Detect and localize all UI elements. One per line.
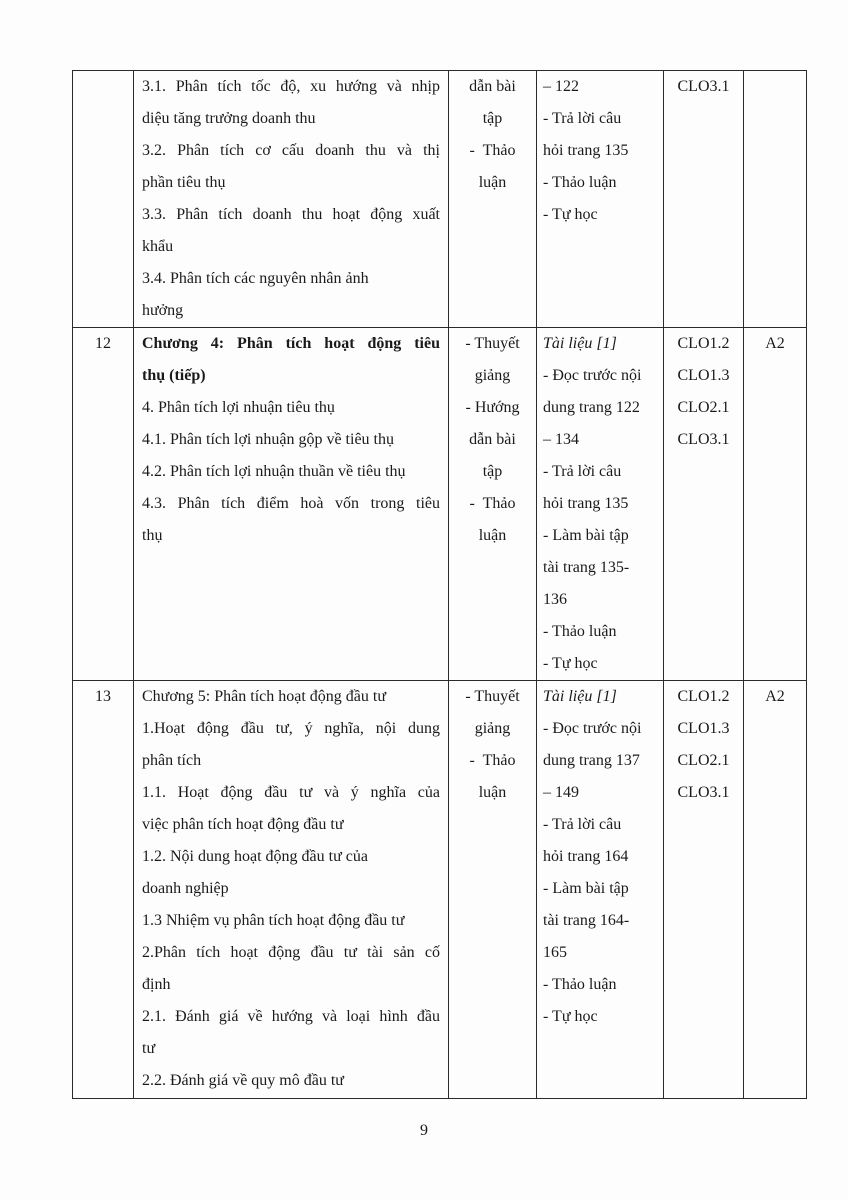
content-cell: Chương 5: Phân tích hoạt động đầu tư1.Ho… <box>134 681 449 1099</box>
assessment-cell: A2 <box>744 328 807 681</box>
task-line: – 149 <box>543 777 657 809</box>
content-line: 3.1. Phân tích tốc độ, xu hướng và nhịp <box>142 71 440 103</box>
content-line: 1.1. Hoạt động đầu tư và ý nghĩa của <box>142 777 440 809</box>
task-line: dung trang 122 <box>543 392 657 424</box>
task-line: - Trả lời câu <box>543 456 657 488</box>
content-line: 4. Phân tích lợi nhuận tiêu thụ <box>142 392 440 424</box>
method-line: - Thuyết <box>452 681 533 713</box>
method-line: - Thuyết <box>452 328 533 360</box>
clo-code: CLO3.1 <box>668 777 739 809</box>
student-task-cell: Tài liệu [1]- Đọc trước nộidung trang 12… <box>537 328 664 681</box>
content-line: định <box>142 969 440 1001</box>
content-line: 2.Phân tích hoạt động đầu tư tài sản cố <box>142 937 440 969</box>
method-line: giảng <box>452 360 533 392</box>
clo-code: CLO2.1 <box>668 745 739 777</box>
content-line: Chương 4: Phân tích hoạt động tiêu <box>142 328 440 360</box>
content-line: phân tích <box>142 745 440 777</box>
table-row: 12 Chương 4: Phân tích hoạt động tiêuthụ… <box>73 328 807 681</box>
task-line: - Tự học <box>543 648 657 680</box>
clo-code: CLO3.1 <box>668 424 739 456</box>
task-line: – 134 <box>543 424 657 456</box>
content-line: hưởng <box>142 295 440 327</box>
content-line: diệu tăng trưởng doanh thu <box>142 103 440 135</box>
task-line: hỏi trang 135 <box>543 488 657 520</box>
content-line: việc phân tích hoạt động đầu tư <box>142 809 440 841</box>
student-task-cell: – 122- Trả lời câuhỏi trang 135- Thảo lu… <box>537 71 664 328</box>
clo-cell: CLO1.2CLO1.3CLO2.1CLO3.1 <box>664 681 744 1099</box>
task-line: - Tự học <box>543 199 657 231</box>
content-line: 1.2. Nội dung hoạt động đầu tư của <box>142 841 440 873</box>
teaching-method-cell: dẫn bàitập- Thảoluận <box>449 71 537 328</box>
page-number: 9 <box>0 1122 848 1140</box>
task-line: - Đọc trước nội <box>543 360 657 392</box>
method-line: - Thảo <box>452 745 533 777</box>
week-cell: 12 <box>73 328 134 681</box>
content-line: 2.2. Đánh giá về quy mô đầu tư <box>142 1065 440 1097</box>
task-line: Tài liệu [1] <box>543 681 657 713</box>
task-line: tài trang 135- <box>543 552 657 584</box>
content-line: khẩu <box>142 231 440 263</box>
method-line: luận <box>452 520 533 552</box>
content-line: 3.3. Phân tích doanh thu hoạt động xuất <box>142 199 440 231</box>
task-line: 136 <box>543 584 657 616</box>
content-line: 4.3. Phân tích điểm hoà vốn trong tiêu <box>142 488 440 520</box>
content-line: thụ <box>142 520 440 552</box>
content-cell: Chương 4: Phân tích hoạt động tiêuthụ (t… <box>134 328 449 681</box>
clo-code: CLO1.2 <box>668 328 739 360</box>
content-line: 1.Hoạt động đầu tư, ý nghĩa, nội dung <box>142 713 440 745</box>
clo-code: CLO1.3 <box>668 360 739 392</box>
task-line: - Đọc trước nội <box>543 713 657 745</box>
week-cell: 13 <box>73 681 134 1099</box>
task-line: - Làm bài tập <box>543 873 657 905</box>
content-line: 2.1. Đánh giá về hướng và loại hình đầu <box>142 1001 440 1033</box>
table-row: 13 Chương 5: Phân tích hoạt động đầu tư1… <box>73 681 807 1099</box>
method-line: - Hướng <box>452 392 533 424</box>
task-line: - Trả lời câu <box>543 103 657 135</box>
content-line: 4.1. Phân tích lợi nhuận gộp về tiêu thụ <box>142 424 440 456</box>
method-line: dẫn bài <box>452 424 533 456</box>
week-cell <box>73 71 134 328</box>
teaching-method-cell: - Thuyếtgiảng- Thảoluận <box>449 681 537 1099</box>
method-line: luận <box>452 167 533 199</box>
task-line: dung trang 137 <box>543 745 657 777</box>
syllabus-table: 3.1. Phân tích tốc độ, xu hướng và nhịpd… <box>72 70 807 1099</box>
document-page: 3.1. Phân tích tốc độ, xu hướng và nhịpd… <box>0 0 848 1200</box>
table-row: 3.1. Phân tích tốc độ, xu hướng và nhịpd… <box>73 71 807 328</box>
content-line: phần tiêu thụ <box>142 167 440 199</box>
task-line: hỏi trang 164 <box>543 841 657 873</box>
task-line: - Làm bài tập <box>543 520 657 552</box>
content-line: doanh nghiệp <box>142 873 440 905</box>
task-line: – 122 <box>543 71 657 103</box>
task-line: - Tự học <box>543 1001 657 1033</box>
assessment-cell <box>744 71 807 328</box>
task-line: - Thảo luận <box>543 167 657 199</box>
clo-code: CLO1.2 <box>668 681 739 713</box>
clo-code: CLO1.3 <box>668 713 739 745</box>
content-cell: 3.1. Phân tích tốc độ, xu hướng và nhịpd… <box>134 71 449 328</box>
method-line: luận <box>452 777 533 809</box>
clo-cell: CLO1.2CLO1.3CLO2.1CLO3.1 <box>664 328 744 681</box>
student-task-cell: Tài liệu [1]- Đọc trước nộidung trang 13… <box>537 681 664 1099</box>
task-line: 165 <box>543 937 657 969</box>
task-line: - Thảo luận <box>543 969 657 1001</box>
task-line: hỏi trang 135 <box>543 135 657 167</box>
task-line: - Trả lời câu <box>543 809 657 841</box>
method-line: tập <box>452 103 533 135</box>
task-line: - Thảo luận <box>543 616 657 648</box>
clo-code: CLO3.1 <box>668 71 739 103</box>
clo-cell: CLO3.1 <box>664 71 744 328</box>
content-line: 1.3 Nhiệm vụ phân tích hoạt động đầu tư <box>142 905 440 937</box>
method-line: dẫn bài <box>452 71 533 103</box>
task-line: tài trang 164- <box>543 905 657 937</box>
method-line: giảng <box>452 713 533 745</box>
teaching-method-cell: - Thuyếtgiảng- Hướngdẫn bàitập- Thảoluận <box>449 328 537 681</box>
assessment-cell: A2 <box>744 681 807 1099</box>
content-line: thụ (tiếp) <box>142 360 440 392</box>
content-line: Chương 5: Phân tích hoạt động đầu tư <box>142 681 440 713</box>
content-line: 3.4. Phân tích các nguyên nhân ảnh <box>142 263 440 295</box>
content-line: 3.2. Phân tích cơ cấu doanh thu và thị <box>142 135 440 167</box>
task-line: Tài liệu [1] <box>543 328 657 360</box>
method-line: - Thảo <box>452 488 533 520</box>
content-line: 4.2. Phân tích lợi nhuận thuần về tiêu t… <box>142 456 440 488</box>
method-line: tập <box>452 456 533 488</box>
content-line: tư <box>142 1033 440 1065</box>
clo-code: CLO2.1 <box>668 392 739 424</box>
method-line: - Thảo <box>452 135 533 167</box>
